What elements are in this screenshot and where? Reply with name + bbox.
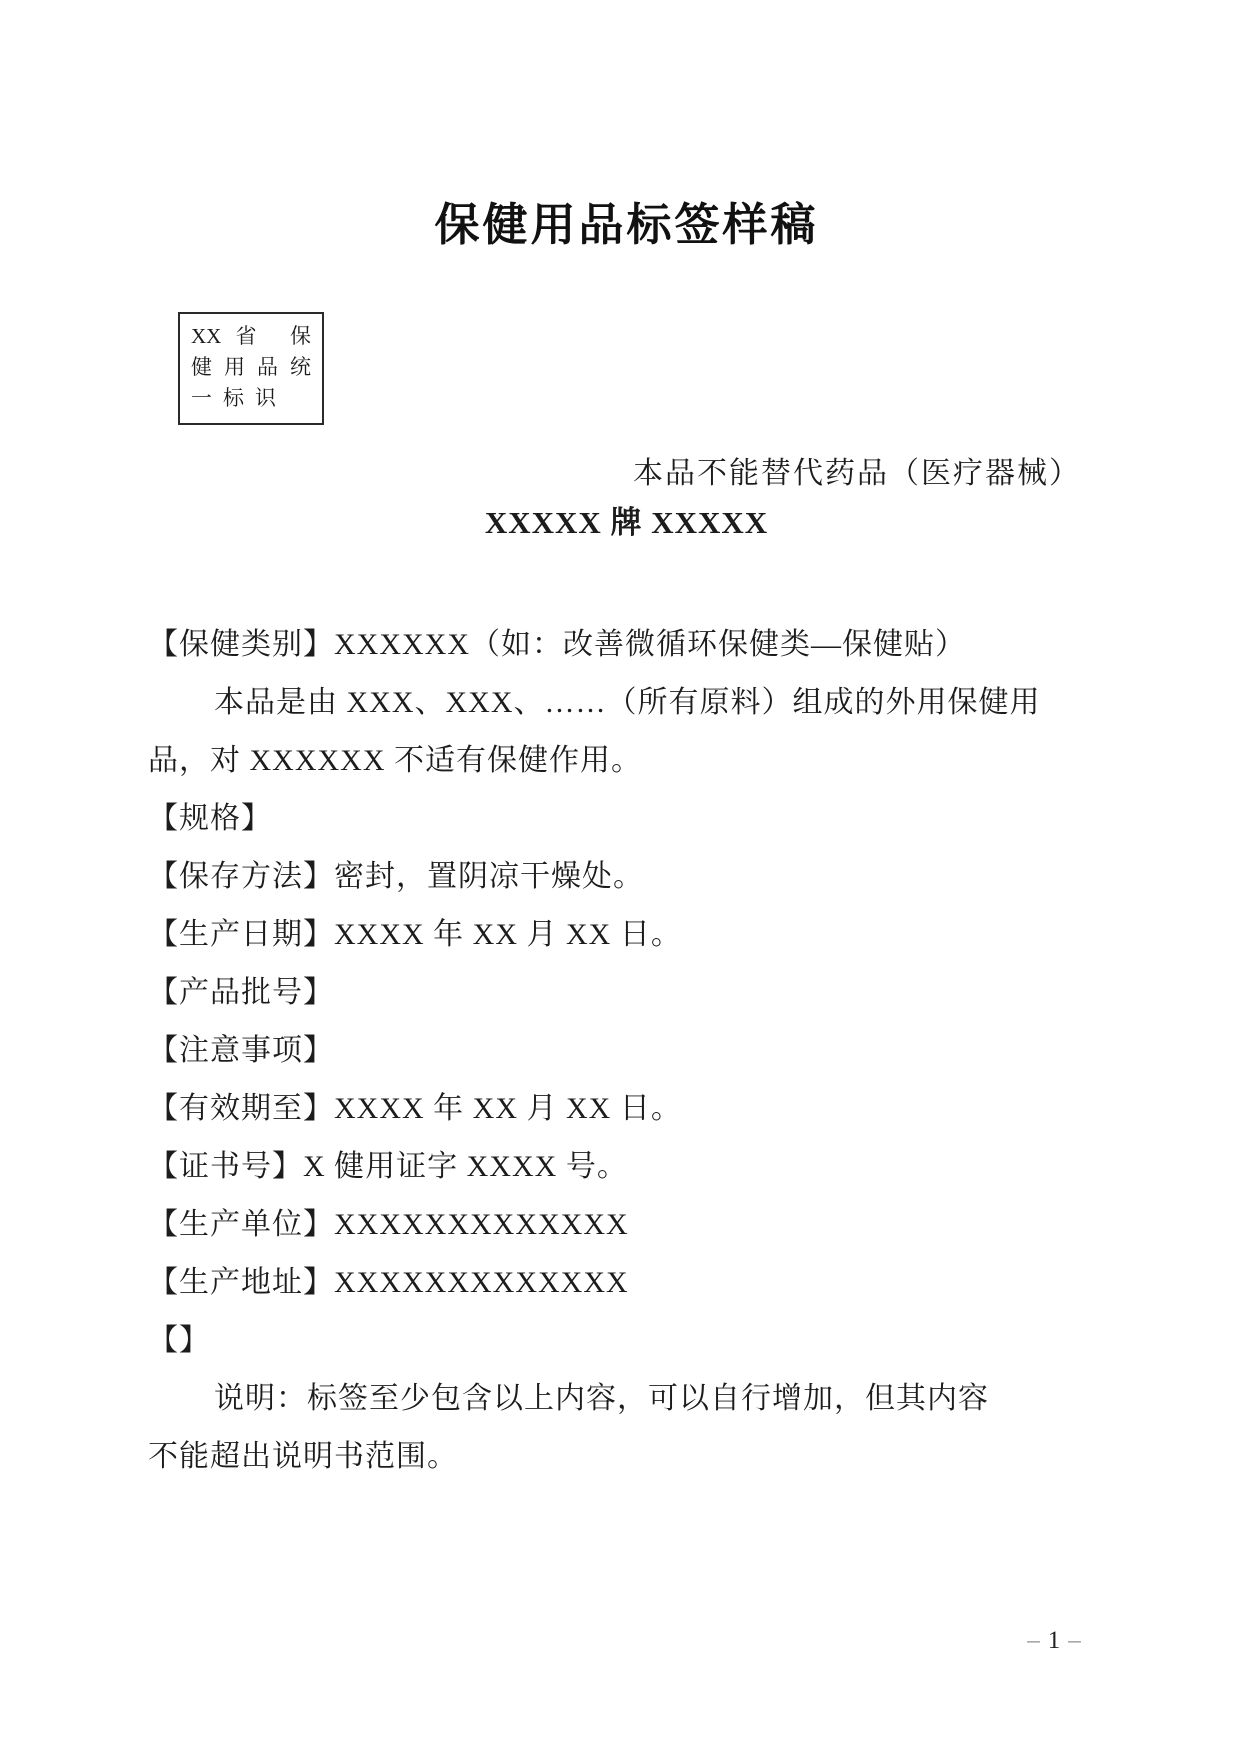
body-line-manufacturer: 【生产单位】XXXXXXXXXXXXX	[148, 1196, 1106, 1254]
brand-name-line: XXXXX 牌 XXXXX	[148, 497, 1105, 542]
body-line-production-date: 【生产日期】XXXX 年 XX 月 XX 日。	[148, 906, 1106, 964]
body-line-address: 【生产地址】XXXXXXXXXXXXX	[148, 1254, 1106, 1312]
body-line-composition-2: 品，对 XXXXXX 不适有保健作用。	[148, 732, 1106, 790]
body-line-expiry-date: 【有效期至】XXXX 年 XX 月 XX 日。	[148, 1080, 1106, 1138]
stamp-box-line: XX省 保	[191, 321, 311, 352]
body-line-health-category: 【保健类别】XXXXXX（如：改善微循环保健类—保健贴）	[148, 616, 1106, 674]
stamp-box-line: 一标识	[191, 383, 311, 414]
body-line-note-2: 不能超出说明书范围。	[148, 1428, 1106, 1486]
body-line-specification: 【规格】	[148, 790, 1106, 848]
page-number: –1–	[1000, 1627, 1110, 1655]
body-line-storage-method: 【保存方法】密封，置阴凉干燥处。	[148, 848, 1106, 906]
document-page: 保健用品标签样稿 XX省 保 健用品统 一标识 本品不能替代药品（医疗器械） X…	[0, 0, 1240, 1753]
body-line-certificate-no: 【证书号】X 健用证字 XXXX 号。	[148, 1138, 1106, 1196]
body-line-empty-brackets: 【】	[148, 1312, 1106, 1370]
label-body: 【保健类别】XXXXXX（如：改善微循环保健类—保健贴） 本品是由 XXX、XX…	[148, 616, 1106, 1486]
provincial-mark-box: XX省 保 健用品统 一标识	[178, 312, 324, 425]
disclaimer-text: 本品不能替代药品（医疗器械）	[148, 448, 1081, 492]
page-number-value: 1	[1048, 1627, 1063, 1654]
page-number-right-dash: –	[1062, 1627, 1089, 1654]
body-line-batch-number: 【产品批号】	[148, 964, 1106, 1022]
page-number-left-dash: –	[1021, 1627, 1048, 1654]
body-line-composition-1: 本品是由 XXX、XXX、……（所有原料）组成的外用保健用	[148, 674, 1106, 732]
stamp-box-line: 健用品统	[191, 352, 311, 383]
body-line-precautions: 【注意事项】	[148, 1022, 1106, 1080]
body-line-note-1: 说明：标签至少包含以上内容，可以自行增加，但其内容	[148, 1370, 1106, 1428]
page-title: 保健用品标签样稿	[148, 188, 1105, 253]
